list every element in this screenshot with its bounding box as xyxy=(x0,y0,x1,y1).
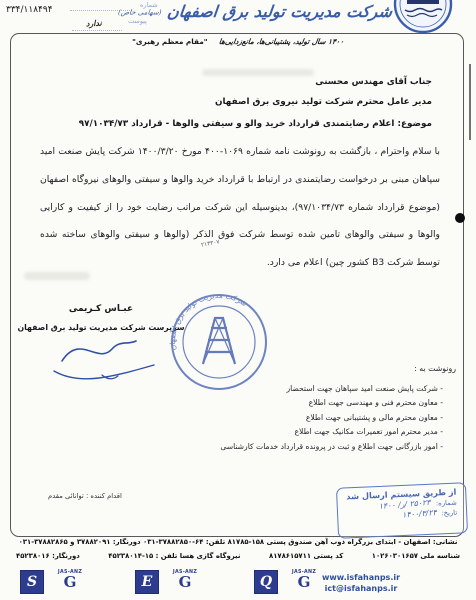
recipient-title: مدیر عامل محترم شرکت تولید نیروی برق اصف… xyxy=(215,97,432,107)
letter-frame xyxy=(10,33,464,537)
jas-anz-mark-icon: G xyxy=(166,575,204,589)
contact-web-block: www.isfahanps.ir ict@isfahanps.ir xyxy=(316,572,406,594)
signature xyxy=(50,331,165,383)
website-url: www.isfahanps.ir xyxy=(316,572,406,583)
company-type: (سهامی خاص) xyxy=(118,9,162,17)
cert-letter-icon: E xyxy=(135,570,159,594)
company-title-text: شرکت مدیریت تولید برق اصفهان xyxy=(166,2,393,21)
sent-via-system-stamp: از طریق سیستم ارسال شد شماره: ۲۵۰۲۳ /ر/ … xyxy=(336,482,468,539)
cc-list: - شرکت پایش صنعت امید سپاهان جهت استحضار… xyxy=(220,382,443,454)
national-id: شناسه ملی ۱۰۲۶۰۳۰۱۶۵۷ xyxy=(372,552,460,560)
recipient-name: جناب آقای مهندس محسنی xyxy=(315,77,432,87)
scan-edge-artifact xyxy=(469,64,471,140)
header-ref-number: ۳۳۴/۱۱۸۴۹۴ xyxy=(6,5,53,15)
email-address: ict@isfahanps.ir xyxy=(316,583,406,594)
slogan-attribution: "مقام معظم رهبری" xyxy=(132,37,207,46)
action-taker-note: اقدام کننده : توانائی مقدم xyxy=(48,492,122,500)
footer-ids: شناسه ملی ۱۰۲۶۰۳۰۱۶۵۷ کد پستی ۸۱۷۸۶۱۵۷۱۱… xyxy=(16,552,460,560)
cert-logo-e: E JAS-ANZ G xyxy=(135,570,204,594)
year-slogan: ۱۴۰۰ سال تولید، پشتیبانی‌ها، مانع‌زدایی‌… xyxy=(0,37,476,46)
subject-line: موضوع: اعلام رضایتمندی قرارداد خرید والو… xyxy=(79,119,432,129)
hesa-phone: نیروگاه گازی هسا تلفن : ۱۵-۴۵۲۳۸۰۱۴ xyxy=(108,552,240,560)
cert-logo-q: Q JAS-ANZ G xyxy=(254,570,323,594)
postal-code: کد پستی ۸۱۷۸۶۱۵۷۱۱ xyxy=(269,552,343,560)
slogan-text: ۱۴۰۰ سال تولید، پشتیبانی‌ها، مانع‌زدایی‌… xyxy=(218,37,344,46)
letter-body: با سلام واحترام ، بازگشت به رونوشت نامه … xyxy=(40,138,440,277)
scanned-letter-page: ۳۳۴/۱۱۸۴۹۴ شماره پیوست ندارد شرکت مدیریت… xyxy=(0,0,476,600)
cc-item: - مدیر محترم امور تعمیرات مکانیک جهت اطل… xyxy=(220,425,443,439)
sent-date-value: ۱۴۰۰/۳/۲۴ xyxy=(401,508,436,520)
hesa-fax: دورنگار: ۴۵۲۳۸۰۱۶ xyxy=(16,552,80,560)
signer-name: عبـاس کـریمی xyxy=(42,304,160,314)
company-emblem-icon xyxy=(392,0,454,36)
cc-label: رونوشت به : xyxy=(414,364,456,373)
cc-item: - معاون محترم فنی و مهندسی جهت اطلاع xyxy=(220,396,443,410)
sent-date-label: تاریخ: xyxy=(441,509,457,518)
attachment-value: ندارد xyxy=(86,19,102,29)
hole-punch-dot xyxy=(455,213,465,223)
footer-address: نشانی: اصفهان - ابتدای بزرگراه ذوب آهن ص… xyxy=(3,538,473,546)
sent-number-label: شماره: xyxy=(436,499,457,508)
cc-item: - معاون محترم مالی و پشتیبانی جهت اطلاع xyxy=(220,411,443,425)
cert-letter-icon: Q xyxy=(254,570,278,594)
cc-item: - شرکت پایش صنعت امید سپاهان جهت استحضار xyxy=(220,382,443,396)
attachment-leader-line xyxy=(72,30,122,31)
certification-logos-row: S JAS-ANZ G E JAS-ANZ G Q JAS-ANZ G www.… xyxy=(0,570,476,600)
cc-item: - امور بازرگانی جهت اطلاع و ثبت در پروند… xyxy=(220,440,443,454)
company-seal-stamp: شرکت مدیریت تولید برق اصفهان xyxy=(167,290,271,394)
company-title: شرکت مدیریت تولید برق اصفهان (سهامی خاص) xyxy=(169,0,394,25)
jas-anz-mark-icon: G xyxy=(51,575,89,589)
cert-logo-s: S JAS-ANZ G xyxy=(20,570,89,594)
scan-smudge xyxy=(202,69,314,76)
cert-letter-icon: S xyxy=(20,570,44,594)
